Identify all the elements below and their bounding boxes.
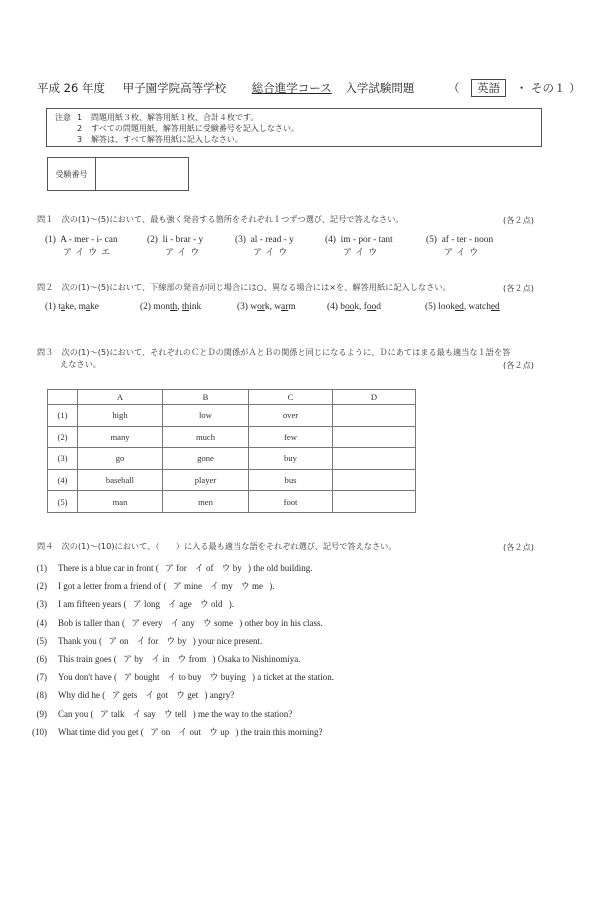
choice-option: ウ from bbox=[178, 654, 207, 664]
choice-option: ア long bbox=[133, 599, 160, 609]
q4-item: (3)I am fifteen years ( ア longイ ageウ old… bbox=[17, 597, 234, 610]
choice-option: イ for bbox=[137, 636, 159, 646]
q2-heading: 問２ 次の(1)～(5)において、下線部の発音が同じ場合には○、異なる場合には×… bbox=[37, 282, 451, 293]
q3-heading-line2: えなさい。 bbox=[60, 359, 101, 370]
item-number: (1) bbox=[17, 563, 47, 573]
exam-header: 平成 26 年度 甲子園学院高等学校 総合進学コース 入学試験問題 （ 英語 ・… bbox=[37, 79, 581, 97]
syllable-word: A - mer - i- can bbox=[60, 235, 118, 245]
syllable-word: al - read - y bbox=[251, 235, 294, 245]
sentence-end: ) Osaka to Nishinomiya. bbox=[213, 654, 301, 664]
q2-item: (5) looked, watched bbox=[425, 302, 500, 312]
q4-item: (4)Bob is taller than ( ア everyイ anyウ so… bbox=[17, 616, 323, 629]
choice-option: ウ up bbox=[209, 727, 229, 737]
q4-item: (1)There is a blue car in front ( ア forイ… bbox=[17, 561, 312, 574]
sentence-start: Can you ( bbox=[58, 709, 94, 719]
notice-item: 1問題用紙３枚、解答用紙１枚、合計４枚です。 bbox=[77, 112, 258, 123]
stress-choices: アイウ bbox=[426, 245, 493, 258]
table-cell: (4) bbox=[48, 469, 78, 491]
word-1: take bbox=[58, 302, 74, 312]
q1-item: (1) A - mer - i- canアイウエ bbox=[45, 235, 118, 258]
choice-option: イ to buy bbox=[167, 672, 201, 682]
q4-item: (9)Can you ( ア talkイ sayウ tell ) me the … bbox=[17, 707, 292, 720]
answer-cell[interactable] bbox=[333, 448, 416, 470]
school-name: 甲子園学院高等学校 bbox=[123, 80, 227, 96]
q4-item: (6)This train goes ( ア byイ inウ from ) Os… bbox=[17, 652, 301, 665]
sentence-end: ). bbox=[269, 581, 274, 591]
choice-option: イ out bbox=[178, 727, 201, 737]
word-2: food bbox=[364, 302, 381, 312]
answer-cell[interactable] bbox=[333, 405, 416, 427]
syllable-word: af - ter - noon bbox=[442, 235, 494, 245]
q2-item: (1) take, make bbox=[45, 302, 99, 312]
word-1: month bbox=[153, 302, 177, 312]
choice-option: ウ me bbox=[241, 581, 263, 591]
choice-option: ウ get bbox=[176, 690, 198, 700]
word-1: work bbox=[250, 302, 269, 312]
table-cell: few bbox=[249, 426, 333, 448]
exam-number-label: 受験番号 bbox=[48, 158, 96, 190]
choice-option: ア by bbox=[123, 654, 143, 664]
table-cell: (5) bbox=[48, 491, 78, 513]
choice-option: ア mine bbox=[173, 581, 202, 591]
table-cell: gone bbox=[163, 448, 249, 470]
q2-points: (各２点) bbox=[503, 283, 534, 294]
exam-title: 入学試験問題 bbox=[345, 80, 414, 96]
choice-option: ウ tell bbox=[164, 709, 187, 719]
word-2: warm bbox=[274, 302, 295, 312]
sentence-start: I am fifteen years ( bbox=[58, 599, 126, 609]
sentence-start: You don't have ( bbox=[58, 672, 117, 682]
answer-cell[interactable] bbox=[333, 491, 416, 513]
choice-option: イ say bbox=[133, 709, 156, 719]
q4-item: (8)Why did he ( ア getsイ gotウ get ) angry… bbox=[17, 688, 234, 701]
sentence-start: This train goes ( bbox=[58, 654, 117, 664]
table-cell: buy bbox=[249, 448, 333, 470]
column-header: B bbox=[163, 390, 249, 405]
table-cell: foot bbox=[249, 491, 333, 513]
table-cell: over bbox=[249, 405, 333, 427]
q1-item: (5) af - ter - noonアイウ bbox=[426, 235, 493, 258]
sentence-start: There is a blue car in front ( bbox=[58, 563, 159, 573]
column-header bbox=[48, 390, 78, 405]
choice-option: ア every bbox=[131, 618, 162, 628]
q4-item: (10)What time did you get ( ア onイ outウ u… bbox=[17, 725, 323, 738]
sentence-end: ) me the way to the station? bbox=[193, 709, 292, 719]
answer-cell[interactable] bbox=[333, 469, 416, 491]
choice-option: イ of bbox=[195, 563, 214, 573]
stress-choices: アイウ bbox=[325, 245, 393, 258]
exam-number-field[interactable] bbox=[96, 158, 188, 190]
item-number: (4) bbox=[17, 618, 47, 628]
choice-option: ウ by bbox=[166, 636, 186, 646]
column-header[interactable]: D bbox=[333, 390, 416, 405]
choice-option: イ got bbox=[145, 690, 168, 700]
sentence-end: ) a ticket at the station. bbox=[252, 672, 334, 682]
column-header: C bbox=[249, 390, 333, 405]
sentence-start: Thank you ( bbox=[58, 636, 102, 646]
choice-option: ウ by bbox=[221, 563, 241, 573]
stress-choices: アイウエ bbox=[45, 245, 118, 258]
notice-item: 3解答は、すべて解答用紙に記入しなさい。 bbox=[77, 134, 243, 145]
sentence-start: Why did he ( bbox=[58, 690, 105, 700]
stress-choices: アイウ bbox=[235, 245, 294, 258]
syllable-word: li - brar - y bbox=[163, 235, 204, 245]
table-row: (2)manymuchfew bbox=[48, 426, 416, 448]
choice-option: イ my bbox=[210, 581, 233, 591]
sentence-start: Bob is taller than ( bbox=[58, 618, 125, 628]
answer-cell[interactable] bbox=[333, 426, 416, 448]
table-row: (5)manmenfoot bbox=[48, 491, 416, 513]
table-row: (3)gogonebuy bbox=[48, 448, 416, 470]
table-row: (4)baseballplayerbus bbox=[48, 469, 416, 491]
table-cell: man bbox=[78, 491, 163, 513]
exam-number-box: 受験番号 bbox=[47, 157, 189, 191]
q4-item: (7)You don't have ( ア boughtイ to buyウ bu… bbox=[17, 670, 334, 683]
table-cell: men bbox=[163, 491, 249, 513]
q1-item: (3) al - read - yアイウ bbox=[235, 235, 294, 258]
table-cell: high bbox=[78, 405, 163, 427]
notice-item: 2すべての問題用紙、解答用紙に受験番号を記入しなさい。 bbox=[77, 123, 299, 134]
choice-option: ウ some bbox=[203, 618, 233, 628]
choice-option: ア talk bbox=[100, 709, 125, 719]
item-number: (2) bbox=[17, 581, 47, 591]
table-cell: (3) bbox=[48, 448, 78, 470]
item-number: (5) bbox=[426, 235, 437, 245]
q2-item: (2) month, think bbox=[140, 302, 201, 312]
word-2: think bbox=[182, 302, 201, 312]
item-number: (8) bbox=[17, 690, 47, 700]
word-1: book bbox=[340, 302, 359, 312]
sentence-end: ) the old building. bbox=[248, 563, 313, 573]
choice-option: イ age bbox=[168, 599, 192, 609]
q4-points: (各２点) bbox=[503, 542, 534, 553]
table-cell: bus bbox=[249, 469, 333, 491]
choice-option: ア for bbox=[165, 563, 187, 573]
table-cell: much bbox=[163, 426, 249, 448]
q1-heading: 問１ 次の(1)～(5)において、最も強く発音する箇所をそれぞれ１つずつ選び、記… bbox=[37, 214, 404, 225]
choice-option: ア on bbox=[108, 636, 128, 646]
q1-item: (4) im - por - tantアイウ bbox=[325, 235, 393, 258]
item-number: (5) bbox=[17, 636, 47, 646]
subject-badge: 英語 bbox=[471, 79, 506, 97]
q4-item: (5)Thank you ( ア onイ forウ by ) your nice… bbox=[17, 634, 262, 647]
course-name: 総合進学コース bbox=[252, 80, 332, 96]
sentence-end: ) other boy in his class. bbox=[239, 618, 323, 628]
exam-year: 平成 26 年度 bbox=[37, 80, 105, 96]
item-number: (7) bbox=[17, 672, 47, 682]
item-number: (2) bbox=[147, 235, 158, 245]
choice-option: ウ old bbox=[200, 599, 223, 609]
sentence-end: ) the train this morning? bbox=[236, 727, 323, 737]
word-2: make bbox=[79, 302, 99, 312]
sentence-end: ) your nice present. bbox=[193, 636, 262, 646]
item-number: (10) bbox=[17, 727, 47, 737]
q1-points: (各２点) bbox=[503, 215, 534, 226]
item-number: (3) bbox=[17, 599, 47, 609]
q3-table: ABCD(1)highlowover(2)manymuchfew(3)gogon… bbox=[47, 389, 416, 513]
word-2: watched bbox=[469, 302, 500, 312]
q2-item: (4) book, food bbox=[327, 302, 381, 312]
item-number: (9) bbox=[17, 709, 47, 719]
choice-option: ア gets bbox=[112, 690, 138, 700]
table-cell: player bbox=[163, 469, 249, 491]
notice-label: 注意 bbox=[55, 112, 71, 123]
item-number: (1) bbox=[45, 235, 56, 245]
q3-points: (各２点) bbox=[503, 360, 534, 371]
q2-item: (3) work, warm bbox=[237, 302, 296, 312]
table-cell: (1) bbox=[48, 405, 78, 427]
table-cell: many bbox=[78, 426, 163, 448]
sentence-end: ). bbox=[229, 599, 234, 609]
sentence-start: I got a letter from a friend of ( bbox=[58, 581, 166, 591]
table-cell: baseball bbox=[78, 469, 163, 491]
choice-option: ウ buying bbox=[210, 672, 246, 682]
item-number: (3) bbox=[235, 235, 246, 245]
stress-choices: アイウ bbox=[147, 245, 203, 258]
table-header-row: ABCD bbox=[48, 390, 416, 405]
syllable-word: im - por - tant bbox=[341, 235, 393, 245]
choice-option: イ in bbox=[151, 654, 169, 664]
part-label: ・ その１ ） bbox=[516, 80, 581, 96]
choice-option: ア bought bbox=[123, 672, 159, 682]
column-header: A bbox=[78, 390, 163, 405]
item-number: (6) bbox=[17, 654, 47, 664]
choice-option: イ any bbox=[171, 618, 195, 628]
notice-box: 注意 1問題用紙３枚、解答用紙１枚、合計４枚です。 2すべての問題用紙、解答用紙… bbox=[46, 108, 542, 147]
open-paren: （ bbox=[448, 80, 460, 96]
sentence-start: What time did you get ( bbox=[58, 727, 144, 737]
q1-item: (2) li - brar - yアイウ bbox=[147, 235, 203, 258]
item-number: (4) bbox=[325, 235, 336, 245]
sentence-end: ) angry? bbox=[205, 690, 235, 700]
table-row: (1)highlowover bbox=[48, 405, 416, 427]
table-cell: (2) bbox=[48, 426, 78, 448]
table-cell: low bbox=[163, 405, 249, 427]
choice-option: ア on bbox=[150, 727, 170, 737]
q4-item: (2)I got a letter from a friend of ( ア m… bbox=[17, 579, 274, 592]
word-1: looked bbox=[438, 302, 464, 312]
table-cell: go bbox=[78, 448, 163, 470]
q3-heading-line1: 問３ 次の(1)～(5)において、それぞれのＣとＤの関係がＡとＢの関係と同じにな… bbox=[37, 347, 510, 358]
q4-heading: 問４ 次の(1)～(10)において、（ ）に入る最も適当な語をそれぞれ選び、記号… bbox=[37, 541, 397, 552]
